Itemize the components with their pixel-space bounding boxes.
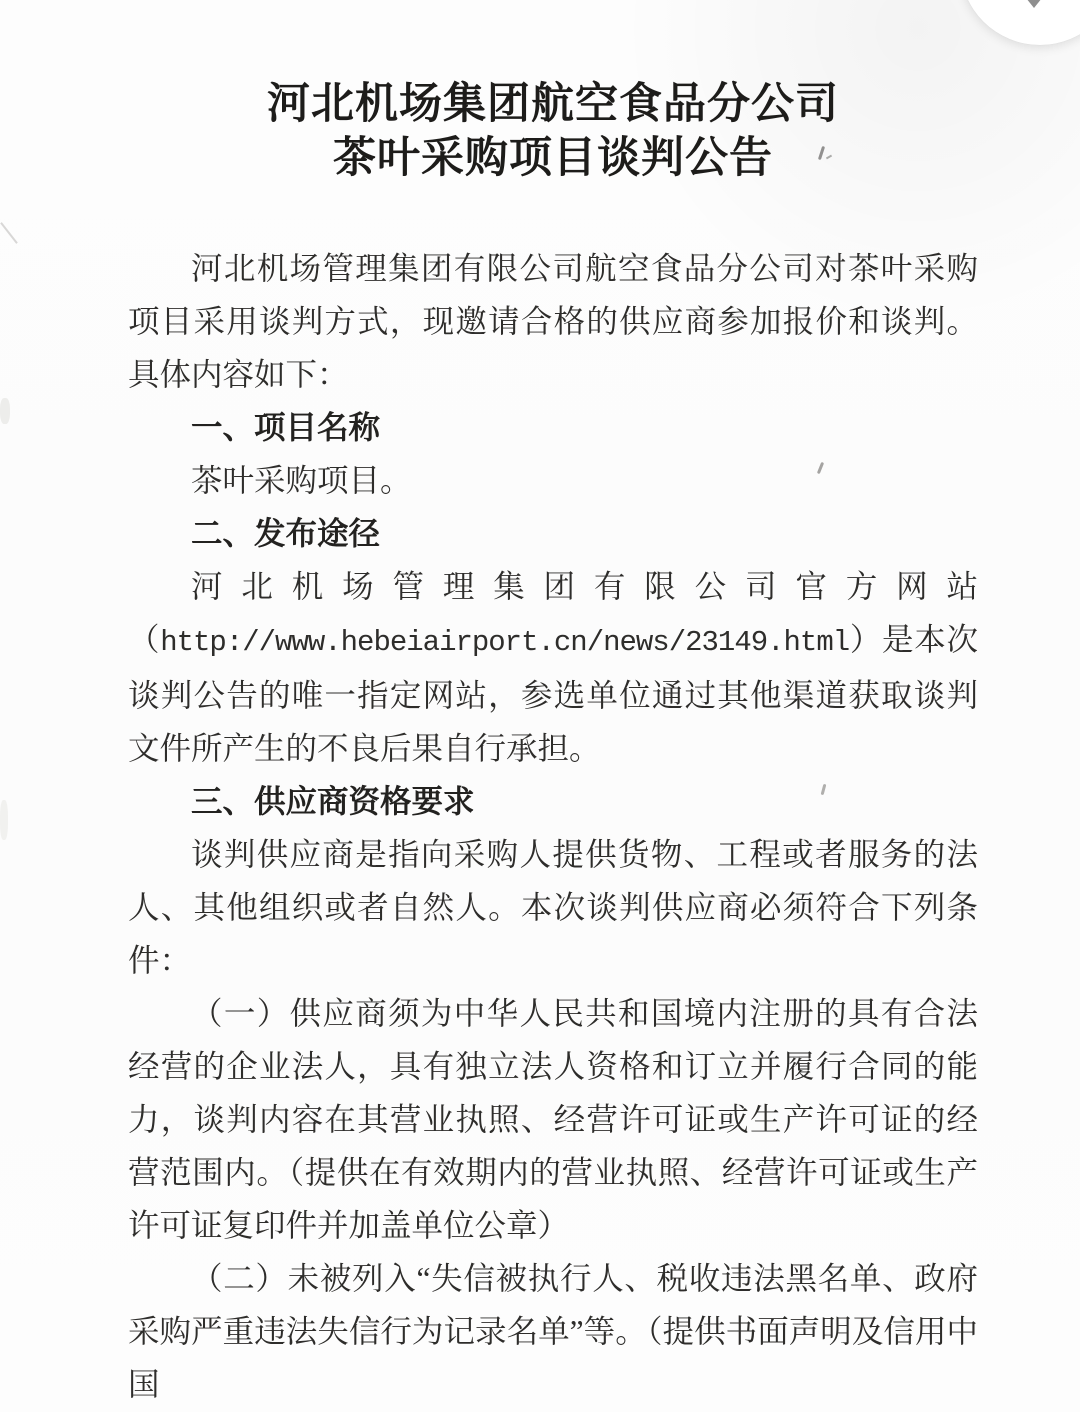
- scan-artifact: [0, 222, 18, 244]
- document-content: 河北机场管理集团有限公司航空食品分公司对茶叶采购项目采用谈判方式，现邀请合格的供…: [128, 242, 978, 1411]
- paragraph: 河北机场管理集团有限公司航空食品分公司对茶叶采购项目采用谈判方式，现邀请合格的供…: [128, 242, 978, 401]
- section-heading: 三、供应商资格要求: [128, 775, 978, 828]
- section-heading: 一、项目名称: [128, 401, 978, 454]
- scanned-document-page: 河北机场集团航空食品分公司 茶叶采购项目谈判公告 河北机场管理集团有限公司航空食…: [0, 0, 1080, 1412]
- scan-artifact: [0, 800, 8, 840]
- paragraph: 茶叶采购项目。: [128, 454, 978, 507]
- document-title: 河北机场集团航空食品分公司 茶叶采购项目谈判公告: [128, 78, 978, 186]
- chevron-down-icon: [1022, 0, 1046, 8]
- paragraph: 谈判供应商是指向采购人提供货物、工程或者服务的法人、其他组织或者自然人。本次谈判…: [128, 828, 978, 987]
- section-heading: 二、发布途径: [128, 507, 978, 560]
- title-line-1: 河北机场集团航空食品分公司: [128, 78, 978, 132]
- paragraph: 河北机场管理集团有限公司官方网站（http://www.hebeiairport…: [128, 560, 978, 775]
- document-body: 河北机场集团航空食品分公司 茶叶采购项目谈判公告 河北机场管理集团有限公司航空食…: [128, 78, 978, 1411]
- scroll-down-button[interactable]: [960, 0, 1080, 45]
- title-line-2: 茶叶采购项目谈判公告: [128, 132, 978, 186]
- scan-artifact: [0, 398, 10, 424]
- announcement-url: http://www.hebeiairport.cn/news/23149.ht…: [160, 626, 849, 659]
- paragraph: （二）未被列入“失信被执行人、税收违法黑名单、政府采购严重违法失信行为记录名单”…: [128, 1252, 978, 1411]
- paragraph: （一）供应商须为中华人民共和国境内注册的具有合法经营的企业法人，具有独立法人资格…: [128, 987, 978, 1252]
